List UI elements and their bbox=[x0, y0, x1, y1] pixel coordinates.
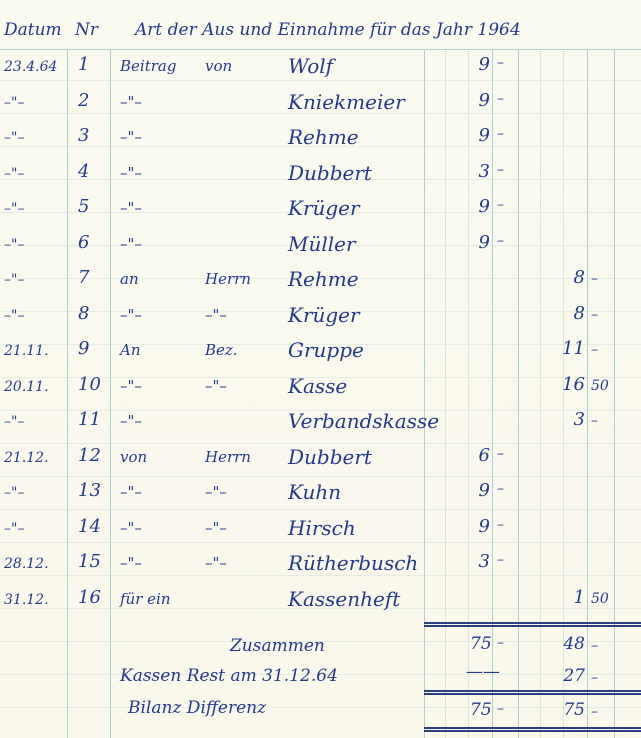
entry-income: 6 bbox=[470, 447, 490, 465]
entry-income-cents: – bbox=[497, 127, 504, 141]
entry-expense: 11 bbox=[545, 340, 585, 358]
entry-name: Gruppe bbox=[288, 340, 364, 360]
entry-number: 16 bbox=[78, 589, 101, 607]
header-title: Art der Aus und Einnahme für das Jahr 19… bbox=[135, 22, 521, 39]
ledger-row: –"–4–"–Dubbert3– bbox=[0, 157, 641, 190]
ledger-page: Datum Nr Art der Aus und Einnahme für da… bbox=[0, 0, 641, 738]
ledger-row: –"–14–"––"–Hirsch9– bbox=[0, 512, 641, 545]
entry-name: Kniekmeier bbox=[288, 92, 405, 112]
ledger-row: –"–11–"–Verbandskasse3– bbox=[0, 405, 641, 438]
entry-description-2: Bez. bbox=[205, 343, 238, 358]
ledger-row: –"–8–"––"–Krüger8– bbox=[0, 299, 641, 332]
entry-expense-cents: – bbox=[591, 308, 598, 322]
entry-number: 4 bbox=[78, 163, 89, 181]
entry-income-cents: – bbox=[497, 234, 504, 248]
total-rule bbox=[424, 622, 641, 627]
entry-income-cents: – bbox=[497, 92, 504, 106]
entry-description: –"– bbox=[120, 485, 142, 500]
entry-number: 3 bbox=[78, 127, 89, 145]
entry-number: 8 bbox=[78, 305, 89, 323]
entry-description: –"– bbox=[120, 521, 142, 536]
balance-income: 75 bbox=[470, 702, 490, 719]
entry-name: Rehme bbox=[288, 269, 359, 289]
entry-income: 9 bbox=[470, 127, 490, 145]
header-number: Nr bbox=[75, 22, 98, 39]
entry-name: Dubbert bbox=[288, 163, 372, 183]
entry-description: –"– bbox=[120, 308, 142, 323]
entry-number: 10 bbox=[78, 376, 101, 394]
entry-expense: 8 bbox=[545, 305, 585, 323]
entry-description-2: –"– bbox=[205, 308, 227, 323]
entry-description-2: –"– bbox=[205, 379, 227, 394]
entry-description: –"– bbox=[120, 201, 142, 216]
entry-number: 14 bbox=[78, 518, 101, 536]
entry-name: Krüger bbox=[288, 198, 360, 218]
entry-income: 3 bbox=[470, 163, 490, 181]
entry-number: 11 bbox=[78, 411, 101, 429]
entry-income-cents: – bbox=[497, 482, 504, 496]
entry-date: 21.12. bbox=[4, 451, 49, 465]
entry-description: –"– bbox=[120, 414, 142, 429]
entry-expense: 16 bbox=[545, 376, 585, 394]
entry-description: von bbox=[120, 450, 147, 465]
entry-income-cents: – bbox=[497, 518, 504, 532]
entry-number: 9 bbox=[78, 340, 89, 358]
entry-income: 9 bbox=[470, 234, 490, 252]
header-date: Datum bbox=[4, 22, 62, 39]
ledger-row: 28.12.15–"––"–Rütherbusch3– bbox=[0, 547, 641, 580]
totals-label: Zusammen bbox=[230, 638, 325, 655]
entry-expense-cents: 50 bbox=[591, 592, 609, 606]
entry-name: Verbandskasse bbox=[288, 411, 439, 431]
entry-expense-cents: – bbox=[591, 272, 598, 286]
entry-description: Beitrag bbox=[120, 59, 176, 74]
entry-date: –"– bbox=[4, 131, 24, 145]
ledger-row: –"–13–"––"–Kuhn9– bbox=[0, 476, 641, 509]
entry-date: –"– bbox=[4, 522, 24, 536]
entry-number: 12 bbox=[78, 447, 101, 465]
entry-description-2: Herrn bbox=[205, 272, 251, 287]
entry-number: 13 bbox=[78, 482, 101, 500]
entry-description-2: Herrn bbox=[205, 450, 251, 465]
ledger-row: 21.12.12vonHerrnDubbert6– bbox=[0, 441, 641, 474]
entry-date: 23.4.64 bbox=[4, 60, 57, 74]
entry-name: Rütherbusch bbox=[288, 553, 418, 573]
remainder-label: Kassen Rest am 31.12.64 bbox=[120, 668, 338, 685]
totals-expense: 48 bbox=[545, 636, 585, 653]
ledger-row: 23.4.641BeitragvonWolf9– bbox=[0, 50, 641, 83]
totals-income-cents: – bbox=[497, 636, 504, 650]
entry-number: 5 bbox=[78, 198, 89, 216]
entry-name: Rehme bbox=[288, 127, 359, 147]
entry-description-2: –"– bbox=[205, 521, 227, 536]
balance-rule-top bbox=[424, 690, 641, 695]
entry-date: –"– bbox=[4, 415, 24, 429]
ledger-row: –"–3–"–Rehme9– bbox=[0, 121, 641, 154]
remainder-expense: 27 bbox=[545, 668, 585, 685]
remainder-expense-cents: – bbox=[591, 671, 598, 685]
balance-income-cents: – bbox=[497, 702, 504, 716]
entry-date: –"– bbox=[4, 202, 24, 216]
entry-date: 31.12. bbox=[4, 593, 49, 607]
totals-row: Zusammen 75 – 48 – bbox=[0, 630, 641, 663]
ledger-row: –"–7anHerrnRehme8– bbox=[0, 263, 641, 296]
entry-name: Dubbert bbox=[288, 447, 372, 467]
ledger-row: –"–2–"–Kniekmeier9– bbox=[0, 86, 641, 119]
entry-number: 1 bbox=[78, 56, 89, 74]
entry-expense-cents: – bbox=[591, 343, 598, 357]
entry-name: Kuhn bbox=[288, 482, 341, 502]
totals-expense-cents: – bbox=[591, 639, 598, 653]
entry-description: –"– bbox=[120, 556, 142, 571]
balance-expense: 75 bbox=[545, 702, 585, 719]
entry-expense-cents: – bbox=[591, 414, 598, 428]
entry-date: 28.12. bbox=[4, 557, 49, 571]
entry-description-2: –"– bbox=[205, 485, 227, 500]
entry-income-cents: – bbox=[497, 447, 504, 461]
entry-income: 9 bbox=[470, 518, 490, 536]
entry-description: –"– bbox=[120, 379, 142, 394]
entry-date: –"– bbox=[4, 238, 24, 252]
entry-income: 9 bbox=[470, 482, 490, 500]
totals-income: 75 bbox=[470, 636, 490, 653]
entry-description: an bbox=[120, 272, 139, 287]
entry-description: –"– bbox=[120, 237, 142, 252]
entry-income: 9 bbox=[470, 198, 490, 216]
entry-income: 9 bbox=[470, 92, 490, 110]
entry-income-cents: – bbox=[497, 163, 504, 177]
entry-name: Wolf bbox=[288, 56, 333, 76]
ledger-row: 20.11.10–"––"–Kasse1650 bbox=[0, 370, 641, 403]
entry-name: Krüger bbox=[288, 305, 360, 325]
balance-rule-bottom bbox=[424, 727, 641, 732]
entry-income: 3 bbox=[470, 553, 490, 571]
entry-number: 6 bbox=[78, 234, 89, 252]
entry-name: Müller bbox=[288, 234, 356, 254]
entry-expense-cents: 50 bbox=[591, 379, 609, 393]
entry-date: –"– bbox=[4, 486, 24, 500]
entry-description: –"– bbox=[120, 95, 142, 110]
entry-date: 21.11. bbox=[4, 344, 49, 358]
entry-date: –"– bbox=[4, 167, 24, 181]
entry-description-2: –"– bbox=[205, 556, 227, 571]
entry-description: An bbox=[120, 343, 141, 358]
balance-expense-cents: – bbox=[591, 705, 598, 719]
ledger-row: 31.12.16für einKassenheft150 bbox=[0, 583, 641, 616]
entry-description: –"– bbox=[120, 166, 142, 181]
entry-description: für ein bbox=[120, 592, 171, 607]
entry-date: 20.11. bbox=[4, 380, 49, 394]
balance-label: Bilanz Differenz bbox=[128, 700, 266, 717]
entry-income: 9 bbox=[470, 56, 490, 74]
entry-date: –"– bbox=[4, 309, 24, 323]
entry-date: –"– bbox=[4, 273, 24, 287]
entry-expense: 3 bbox=[545, 411, 585, 429]
entry-name: Hirsch bbox=[288, 518, 356, 538]
entry-name: Kasse bbox=[288, 376, 347, 396]
entry-income-cents: – bbox=[497, 56, 504, 70]
entry-income-cents: – bbox=[497, 553, 504, 567]
entry-date: –"– bbox=[4, 96, 24, 110]
ledger-row: –"–6–"–Müller9– bbox=[0, 228, 641, 261]
entry-income-cents: – bbox=[497, 198, 504, 212]
ledger-row: 21.11.9AnBez.Gruppe11– bbox=[0, 334, 641, 367]
entry-expense: 1 bbox=[545, 589, 585, 607]
entry-description: –"– bbox=[120, 130, 142, 145]
ledger-row: –"–5–"–Krüger9– bbox=[0, 192, 641, 225]
balance-row: Bilanz Differenz 75 – 75 – bbox=[0, 696, 641, 729]
remainder-income: —— bbox=[466, 664, 500, 681]
entry-number: 15 bbox=[78, 553, 101, 571]
entry-description-2: von bbox=[205, 59, 232, 74]
entry-name: Kassenheft bbox=[288, 589, 400, 609]
entry-number: 2 bbox=[78, 92, 89, 110]
entry-expense: 8 bbox=[545, 269, 585, 287]
entry-number: 7 bbox=[78, 269, 89, 287]
